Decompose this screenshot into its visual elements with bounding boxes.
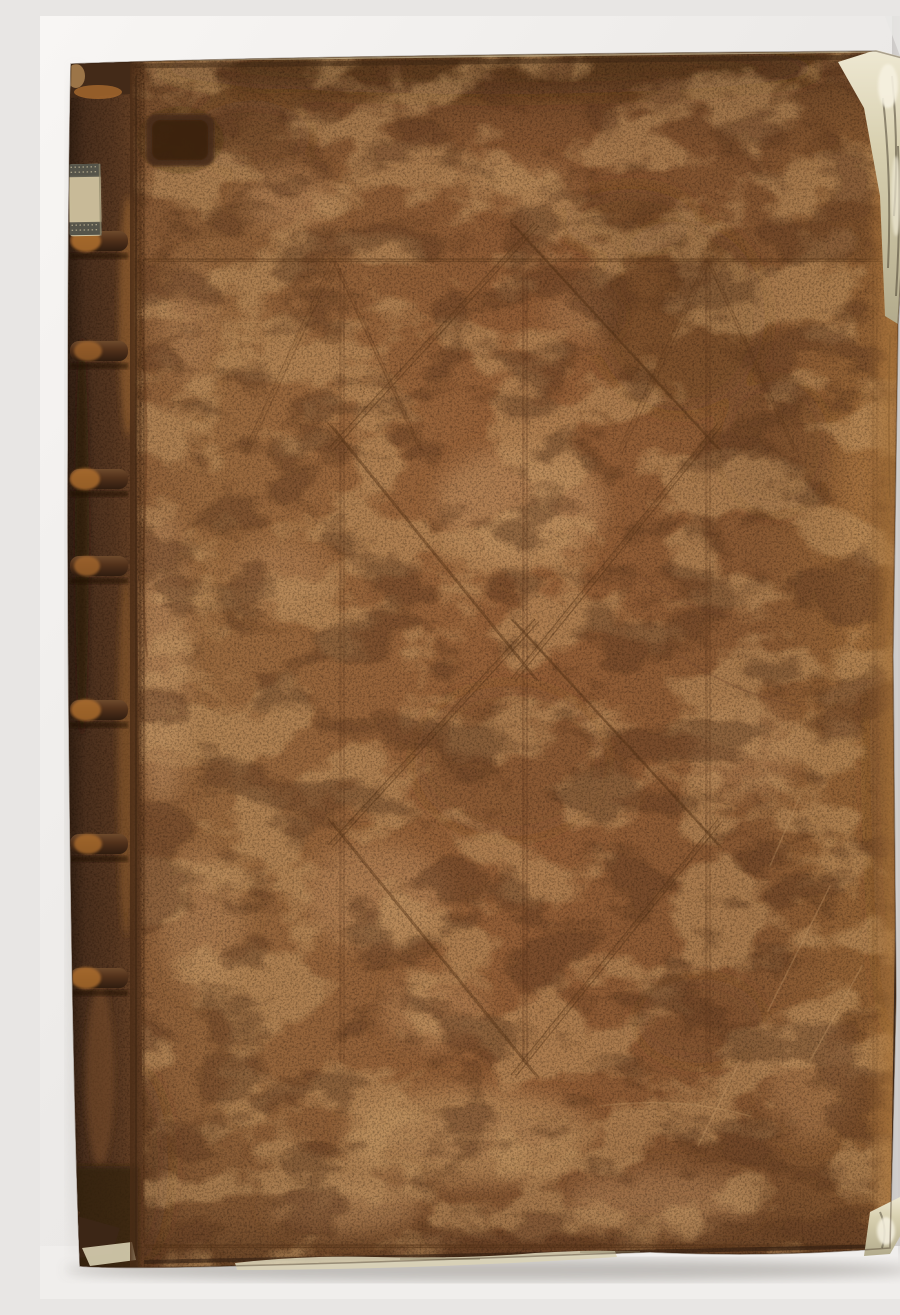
hinge-groove (130, 52, 148, 1270)
front-cover (66, 42, 900, 1271)
cover-stain (136, 106, 224, 174)
raised-band (70, 967, 128, 996)
leather-texture (66, 49, 900, 1271)
photo-canvas (40, 16, 900, 1299)
book-cover-photo: Antique full-leather folio book, front c… (40, 16, 900, 1299)
raised-band (70, 556, 128, 584)
raised-band (70, 468, 128, 497)
raised-band (70, 341, 128, 369)
book (60, 42, 900, 1271)
raised-band (70, 834, 128, 862)
spine-label (68, 164, 101, 237)
raised-band (70, 699, 128, 728)
